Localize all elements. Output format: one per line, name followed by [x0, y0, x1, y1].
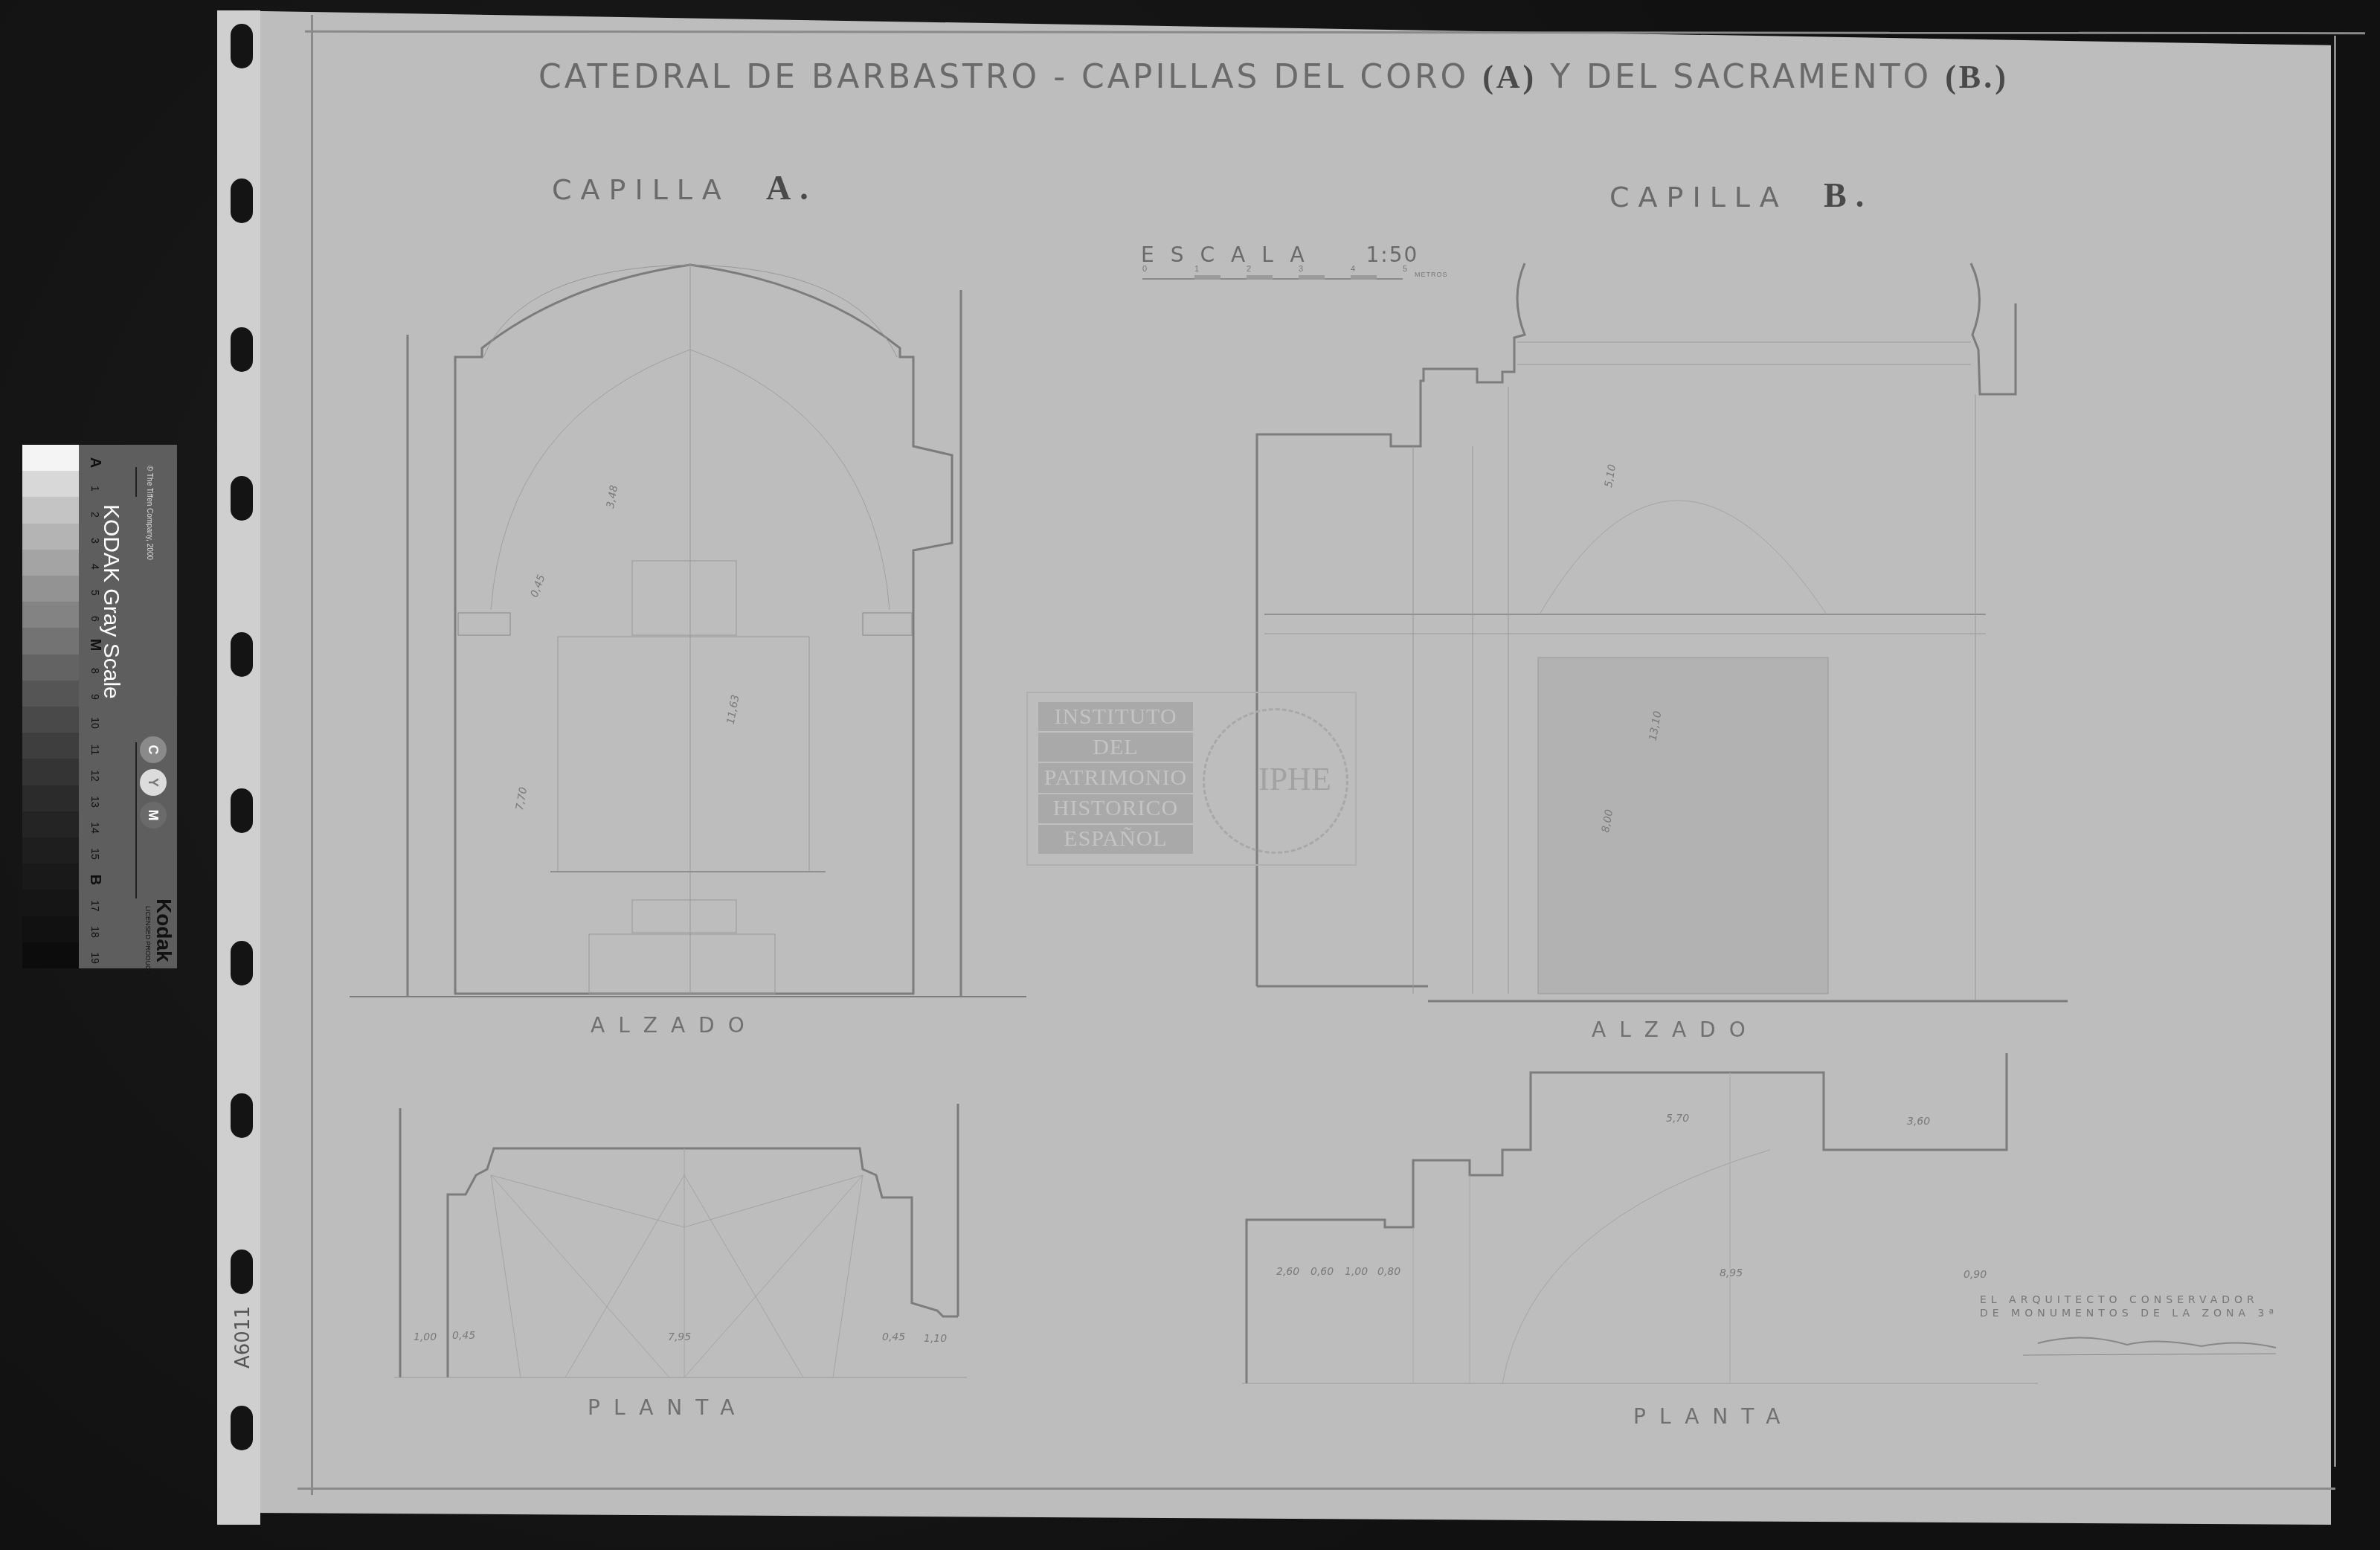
- dim-a-plan: 1,00: [414, 1331, 437, 1343]
- chapel-b-plan: [1242, 1053, 2038, 1383]
- signature: [2023, 1337, 2276, 1355]
- watermark-line: ESPAÑOL: [1038, 825, 1193, 854]
- dim-a-plan: 0,45: [452, 1330, 475, 1342]
- chapel-b-plan-label: PLANTA: [1633, 1404, 1793, 1429]
- dim-b-plan-top: 3,60: [1907, 1116, 1930, 1128]
- chapel-b-elevation-label: ALZADO: [1592, 1017, 1759, 1042]
- dim-a-plan: 7,95: [668, 1331, 691, 1343]
- watermark-abbr: IPHE: [1258, 760, 1331, 798]
- dim-a-plan: 1,10: [924, 1333, 947, 1345]
- watermark-line: INSTITUTO: [1038, 702, 1193, 733]
- watermark-text-box: INSTITUTO DEL PATRIMONIO HISTORICO ESPAÑ…: [1038, 702, 1193, 854]
- dim-b-plan: 1,00: [1345, 1266, 1368, 1278]
- watermark-line: PATRIMONIO: [1038, 763, 1193, 794]
- signature-line-1: EL ARQUITECTO CONSERVADOR: [1980, 1294, 2259, 1306]
- dim-b-plan: 0,80: [1377, 1266, 1400, 1278]
- dim-b-plan-top: 5,70: [1666, 1113, 1689, 1125]
- dim-b-plan: 0,60: [1310, 1266, 1334, 1278]
- dim-b-plan: 8,95: [1720, 1267, 1743, 1279]
- dim-b-plan: 0,90: [1963, 1269, 1987, 1281]
- iphe-watermark: INSTITUTO DEL PATRIMONIO HISTORICO ESPAÑ…: [1026, 692, 1357, 866]
- dim-b-plan: 2,60: [1276, 1266, 1299, 1278]
- chapel-a-plan-label: PLANTA: [588, 1395, 747, 1420]
- dim-a-plan: 0,45: [882, 1331, 905, 1343]
- chapel-b-elevation: [1257, 263, 2068, 1001]
- watermark-line: DEL: [1038, 733, 1193, 763]
- signature-line-2: DE MONUMENTOS DE LA ZONA 3ª: [1980, 1308, 2278, 1319]
- chapel-a-elevation-label: ALZADO: [591, 1013, 758, 1038]
- watermark-line: HISTORICO: [1038, 794, 1193, 825]
- chapel-a-elevation: [350, 265, 1026, 997]
